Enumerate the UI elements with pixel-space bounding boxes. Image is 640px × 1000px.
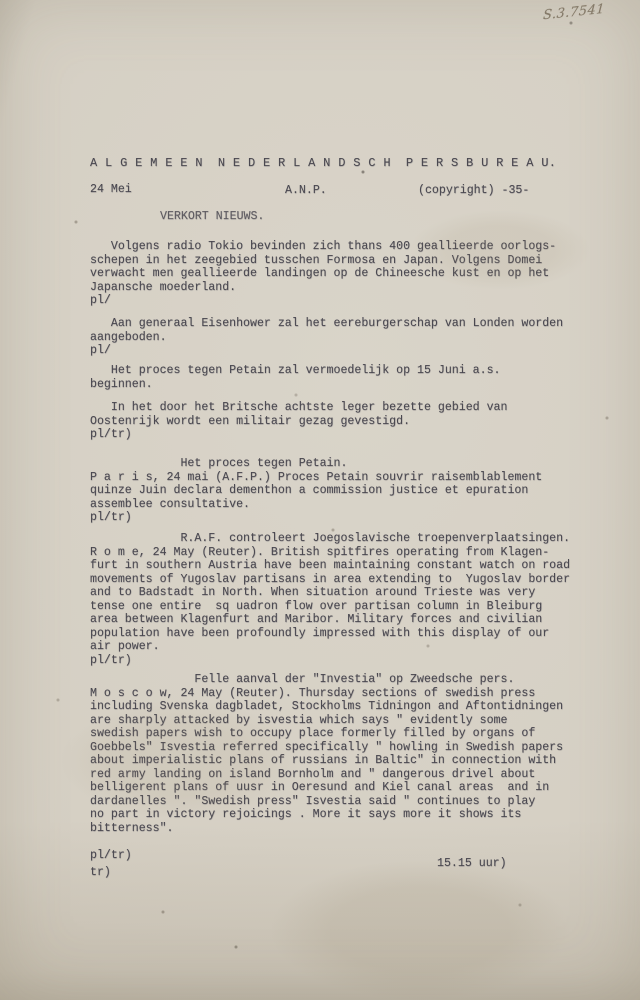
article-petain-trial-date: Het proces tegen Petain zal vermoedelijk… xyxy=(90,364,501,391)
agency-name-heading: A L G E M E E N N E D E R L A N D S C H … xyxy=(90,157,556,171)
article-tokio-fleet: Volgens radio Tokio bevinden zich thans … xyxy=(90,240,556,308)
section-title: VERKORT NIEUWS. xyxy=(160,210,264,224)
article-eisenhower-london: Aan generaal Eisenhower zal het eereburg… xyxy=(90,317,563,358)
article-petain-trial-paris: Het proces tegen Petain. P a r i s, 24 m… xyxy=(90,457,542,525)
copyright-issue-label: (copyright) -35- xyxy=(418,184,529,198)
article-isvestia-swedish-press: Felle aanval der "Investia" op Zweedsche… xyxy=(90,673,563,862)
footer-transcriber-sign: tr) xyxy=(90,866,111,880)
agency-abbreviation: A.N.P. xyxy=(285,184,327,198)
date-label: 24 Mei xyxy=(90,183,132,197)
document-photo: S.3.7541 A L G E M E E N N E D E R L A N… xyxy=(0,0,640,1000)
footer-time-stamp: 15.15 uur) xyxy=(437,857,507,871)
article-austria-military-rule: In het door het Britsche achtste leger b… xyxy=(90,401,507,442)
article-raf-yugoslavia: R.A.F. controleert Joegoslavische troepe… xyxy=(90,532,570,667)
handwritten-reference-number: S.3.7541 xyxy=(543,2,606,24)
